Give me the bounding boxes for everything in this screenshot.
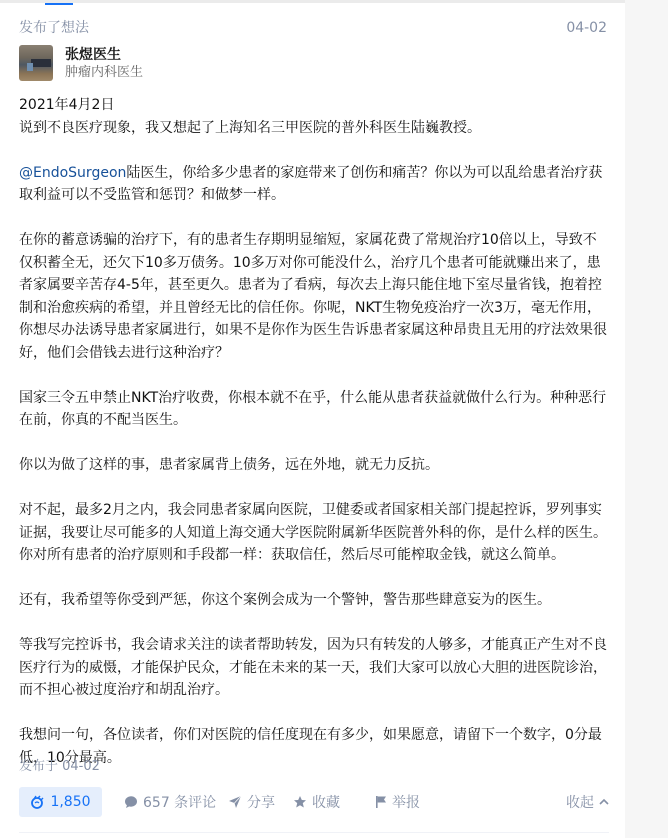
flag-icon bbox=[375, 795, 387, 809]
avatar[interactable] bbox=[19, 45, 53, 81]
favorite-label: 收藏 bbox=[312, 792, 340, 812]
clap-icon bbox=[30, 795, 44, 809]
post-card: 发布了想法 04-02 张煜医生 肿瘤内科医生 2021年4月2日 说到不良医疗… bbox=[0, 0, 625, 838]
avatar-image-detail bbox=[31, 59, 51, 67]
chevron-up-icon bbox=[599, 794, 609, 810]
content-paragraph: @EndoSurgeon陆医生，你给多少患者的家庭带来了创伤和痛苦？你以为可以乱… bbox=[19, 162, 609, 207]
content-paragraph: 对不起，最多2月之内，我会同患者家属向医院，卫健委或者国家相关部门提起控诉，罗列… bbox=[19, 499, 609, 567]
collapse-label: 收起 bbox=[566, 792, 594, 812]
action-bar: 1,850 657 条评论 分享 收藏 举报 bbox=[19, 787, 609, 821]
action-type-label: 发布了想法 bbox=[19, 18, 89, 38]
card-divider bbox=[19, 832, 609, 833]
content-paragraph: 国家三令五申禁止NKT治疗收费，你根本就不在乎，什么能从患者获益就做什么行为。种… bbox=[19, 387, 609, 432]
collapse-button[interactable]: 收起 bbox=[566, 787, 609, 817]
star-icon bbox=[293, 795, 307, 809]
content-date-line: 2021年4月2日 bbox=[19, 94, 609, 117]
content-paragraph: 说到不良医疗现象，我又想起了上海知名三甲医院的普外科医生陆巍教授。 bbox=[19, 117, 609, 140]
author-name[interactable]: 张煜医生 bbox=[65, 45, 121, 65]
content-paragraph: 等我写完控诉书，我会请求关注的读者帮助转发，因为只有转发的人够多，才能真正产生对… bbox=[19, 634, 609, 702]
active-tab-indicator bbox=[45, 3, 73, 5]
share-button[interactable]: 分享 bbox=[228, 787, 275, 817]
author-title: 肿瘤内科医生 bbox=[65, 64, 143, 82]
content-paragraph: 我想问一句，各位读者，你们对医院的信任度现在有多少，如果愿意，请留下一个数字，0… bbox=[19, 724, 609, 769]
content-paragraph: 在你的蓄意诱骗的治疗下，有的患者生存期明显缩短，家属花费了常规治疗10倍以上，导… bbox=[19, 229, 609, 364]
report-button[interactable]: 举报 bbox=[375, 787, 420, 817]
comment-icon bbox=[124, 795, 138, 809]
share-label: 分享 bbox=[247, 792, 275, 812]
content-paragraph: 还有，我希望等你受到严惩，你这个案例会成为一个警钟，警告那些肆意妄为的医生。 bbox=[19, 589, 609, 612]
post-content: 2021年4月2日 说到不良医疗现象，我又想起了上海知名三甲医院的普外科医生陆巍… bbox=[19, 94, 609, 769]
post-date: 04-02 bbox=[566, 18, 607, 38]
favorite-button[interactable]: 收藏 bbox=[293, 787, 340, 817]
report-label: 举报 bbox=[392, 792, 420, 812]
vote-button[interactable]: 1,850 bbox=[19, 787, 102, 817]
share-icon bbox=[228, 795, 242, 809]
user-mention-link[interactable]: @EndoSurgeon bbox=[19, 165, 126, 181]
published-time: 发布于 04-02 bbox=[19, 757, 100, 777]
avatar-image-detail bbox=[27, 63, 33, 71]
comment-button[interactable]: 657 条评论 bbox=[124, 787, 216, 817]
comment-label: 657 条评论 bbox=[143, 792, 216, 812]
vote-count: 1,850 bbox=[50, 794, 90, 810]
content-paragraph: 你以为做了这样的事，患者家属背上债务，远在外地，就无力反抗。 bbox=[19, 454, 609, 477]
